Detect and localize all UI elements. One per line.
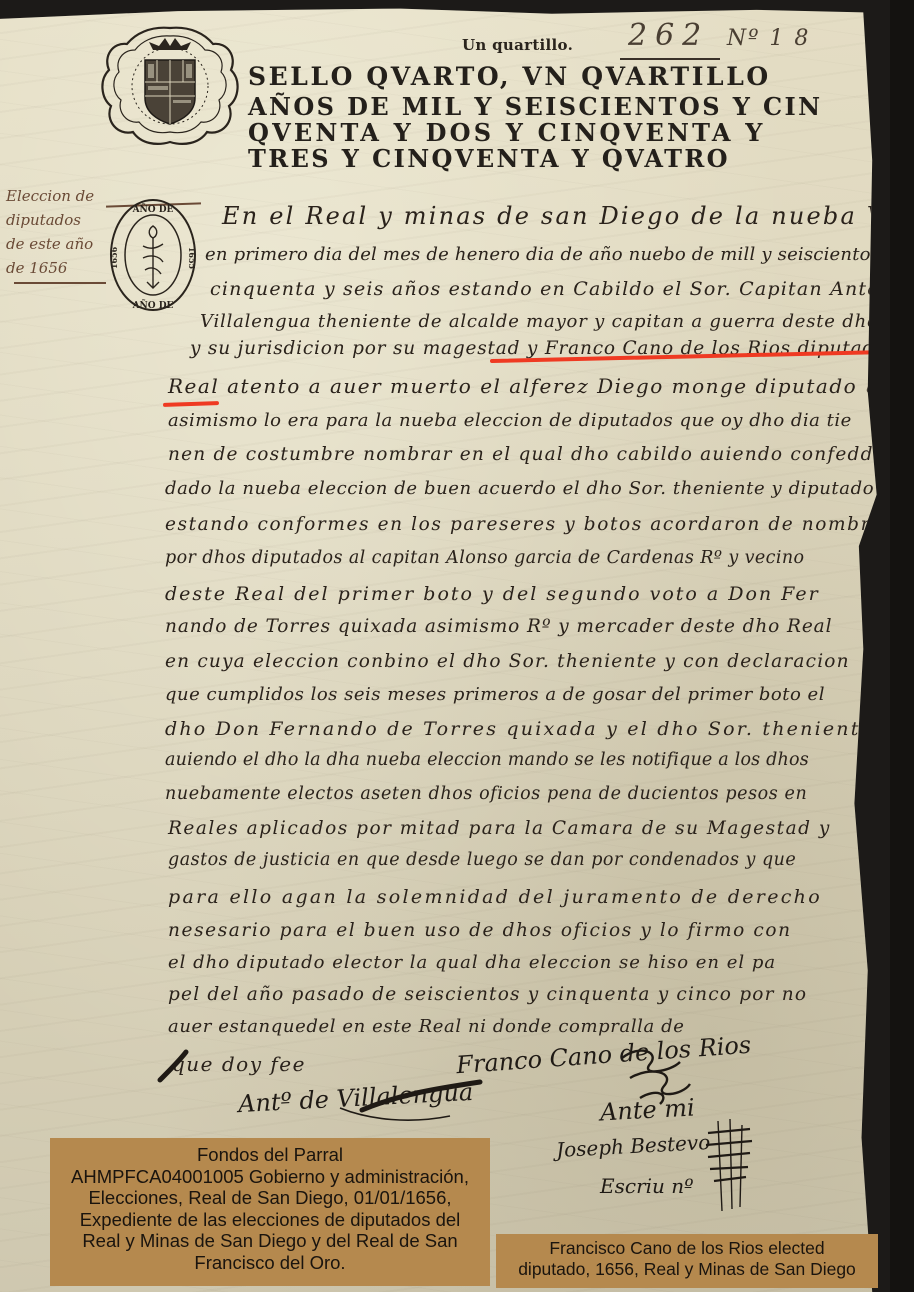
handwritten-line: estando conformes en los pareseres y bot… bbox=[165, 514, 894, 535]
handwritten-line: para ello agan la solemnidad del juramen… bbox=[168, 886, 822, 908]
handwritten-line: En el Real y minas de san Diego de la nu… bbox=[222, 202, 914, 230]
caption-line: Francisco del Oro. bbox=[50, 1252, 490, 1274]
signature-notary: Joseph Bestevo bbox=[555, 1130, 710, 1162]
handwritten-line: Reales aplicados por mitad para la Camar… bbox=[168, 818, 831, 839]
handwritten-line: dho Don Fernando de Torres quixada y el … bbox=[165, 718, 874, 740]
handwritten-line: Villalengua theniente de alcalde mayor y… bbox=[200, 311, 914, 332]
handwritten-line: nando de Torres quixada asimismo Rº y me… bbox=[165, 616, 832, 637]
handwritten-line: que cumplidos los seis meses primeros a … bbox=[165, 684, 825, 705]
handwritten-line: pel del año pasado de seiscientos y cinq… bbox=[168, 984, 807, 1005]
handwritten-line: cinquenta y seis años estando en Cabildo… bbox=[210, 278, 914, 300]
caption-line: Expediente de las elecciones de diputado… bbox=[50, 1209, 490, 1231]
handwritten-line: Real atento a auer muerto el alferez Die… bbox=[168, 374, 907, 398]
handwritten-line: deste Real del primer boto y del segundo… bbox=[165, 583, 820, 605]
caption-line: Fondos del Parral bbox=[50, 1144, 490, 1166]
handwritten-line: y su jurisdicion por su magestad y Franc… bbox=[190, 338, 914, 359]
caption-line: Elecciones, Real de San Diego, 01/01/165… bbox=[50, 1187, 490, 1209]
caption-line: AHMPFCA04001005 Gobierno y administració… bbox=[50, 1166, 490, 1188]
handwritten-line: en primero dia del mes de henero dia de … bbox=[205, 244, 896, 265]
caption-line: Francisco Cano de los Rios elected bbox=[496, 1238, 878, 1259]
handwritten-line: auer estanquedel en este Real ni donde c… bbox=[168, 1016, 685, 1037]
handwritten-line: nesesario para el buen uso de dhos ofici… bbox=[168, 920, 792, 941]
handwritten-line: por dhos diputados al capitan Alonso gar… bbox=[165, 548, 804, 568]
handwritten-line: nen de costumbre nombrar en el qual dho … bbox=[168, 444, 881, 465]
summary-caption: Francisco Cano de los Rios elected diput… bbox=[496, 1234, 878, 1288]
archive-reference-caption: Fondos del Parral AHMPFCA04001005 Gobier… bbox=[50, 1138, 490, 1286]
handwritten-line: nuebamente electos aseten dhos oficios p… bbox=[165, 784, 807, 804]
handwritten-line: el dho diputado elector la qual dha elec… bbox=[168, 952, 776, 973]
handwritten-body: En el Real y minas de san Diego de la nu… bbox=[0, 6, 890, 1292]
notary-rubric-icon bbox=[700, 1111, 760, 1221]
handwritten-line: auiendo el dho la dha nueba eleccion man… bbox=[165, 750, 809, 770]
handwritten-line: gastos de justicia en que desde luego se… bbox=[168, 850, 796, 870]
rubric-stroke-icon bbox=[150, 1046, 510, 1126]
signature-notary-title: Escriu nº bbox=[600, 1174, 694, 1198]
caption-line: Real y Minas de San Diego y del Real de … bbox=[50, 1230, 490, 1252]
parchment-page: Un quartillo. 262 Nº 1 8 SELLO QVARTO, V… bbox=[0, 6, 890, 1292]
handwritten-line: en cuya eleccion conbino el dho Sor. the… bbox=[165, 651, 850, 672]
highlight-underline-real bbox=[163, 401, 219, 407]
scan-dark-edge bbox=[890, 0, 914, 1292]
handwritten-line: asimismo lo era para la nueba eleccion d… bbox=[168, 410, 852, 431]
handwritten-line: dado la nueba eleccion de buen acuerdo e… bbox=[165, 478, 874, 499]
signature-ante-mi: Ante mi bbox=[599, 1094, 695, 1127]
caption-line: diputado, 1656, Real y Minas de San Dieg… bbox=[496, 1259, 878, 1280]
